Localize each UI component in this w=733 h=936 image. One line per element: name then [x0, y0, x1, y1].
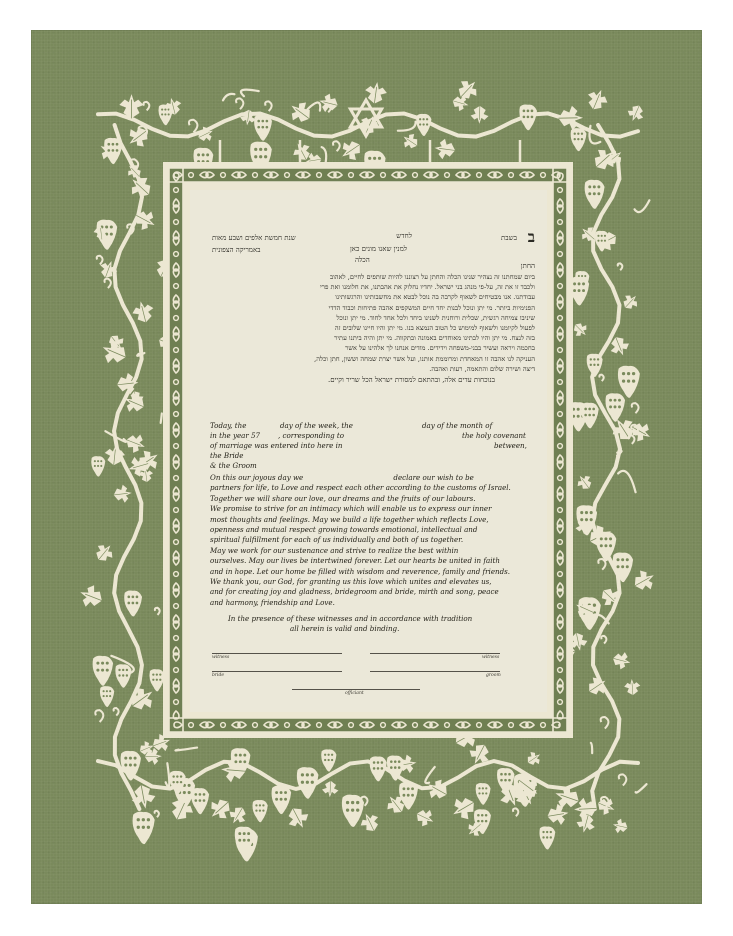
english-date-weekday: day of the week, the — [280, 421, 353, 430]
hebrew-body-line: העניקה לנו אהבה זו המאחדת ומרוממת אותנו,… — [202, 354, 535, 364]
ketubah-parchment: ב בשבת לחדש שנת חמשת אלפים ושבע מאות למנ… — [190, 190, 547, 712]
english-body-line: We promise to strive for an intimacy whi… — [210, 504, 537, 514]
english-body-line: ourselves. May our lives be intertwined … — [210, 556, 537, 566]
english-groom-label: & the Groom — [210, 461, 257, 470]
english-holy-covenant: the holy covenant — [462, 431, 526, 440]
english-body-line: openness and mutual respect growing towa… — [210, 525, 537, 535]
hebrew-body-line: בזה לנצח. מי יתן והיו לבתינו מאוחדים באמ… — [202, 333, 535, 343]
witness-left-signature-line[interactable] — [212, 653, 342, 654]
english-body-line: most thoughts and feelings. May we build… — [210, 515, 537, 525]
hebrew-body-line: ולכבד זו את זה, על-פי מנהג בני ישראל. יח… — [202, 282, 535, 292]
hebrew-closing: בנוכחות עדים אלה, ובהתאם למסורת ישראל הכ… — [328, 376, 495, 384]
english-closing-line1: In the presence of these witnesses and i… — [228, 614, 472, 623]
hebrew-body-text: ביום שמחתנו זה נצהיר שנינו הכלה והחתן על… — [202, 272, 535, 374]
witness-right-signature-line[interactable] — [370, 653, 500, 654]
english-body-line: May we work for our sustenance and striv… — [210, 546, 537, 556]
bride-label: bride — [212, 673, 224, 678]
english-body-line: partners for life, to Love and respect e… — [210, 483, 537, 493]
hebrew-body-line: שיניבו צמיחה רגשית, שכלית ורוחנית לשנינו… — [202, 313, 535, 323]
bride-signature-line[interactable] — [212, 671, 342, 672]
witness-left-label: witness — [212, 655, 229, 660]
hebrew-body-line: לפעול לקיומנו ולשאוף למימוש כל הטוב הנמצ… — [202, 323, 535, 333]
hebrew-bride-label: הכלה — [355, 256, 370, 264]
groom-signature-line[interactable] — [370, 671, 500, 672]
witness-right-label: witness — [482, 655, 499, 660]
english-body-line: On this our joyous day we declare our wi… — [210, 473, 537, 483]
officiant-label: officiant — [345, 691, 364, 696]
english-closing-line2: all herein is valid and binding. — [290, 624, 399, 633]
hebrew-body-line: עבודתנו. אנו מבטיחים לשאוף לקרבה בה נוכל… — [202, 292, 535, 302]
hebrew-letter-bet: ב — [528, 228, 535, 247]
english-body-line: and in hope. Let our home be filled with… — [210, 567, 537, 577]
hebrew-body-line: בחכמה ויראה ועשיר בבני-משפחה וידידים. מו… — [202, 343, 535, 353]
officiant-signature-line[interactable] — [292, 689, 420, 690]
hebrew-place-field: באמריקה הצפונית — [212, 246, 261, 254]
english-body-line: We thank you, our God, for granting us t… — [210, 577, 537, 587]
hebrew-year-field: שנת חמשת אלפים ושבע מאות — [212, 234, 296, 242]
english-between: between, — [494, 441, 527, 450]
english-date-corresponding: , corresponding to — [278, 431, 344, 440]
english-body-line: and for creating joy and gladness, bride… — [210, 587, 537, 597]
english-date-year: in the year 57 — [210, 431, 260, 440]
groom-label: groom — [486, 673, 501, 678]
hebrew-body-line: דיצה ושירה שלום והתאמה, רעות ואהבה. — [202, 364, 535, 374]
hebrew-groom-label: החתן — [521, 262, 535, 270]
english-date-today: Today, the — [210, 421, 246, 430]
english-body-text: On this our joyous day we declare our wi… — [210, 473, 537, 608]
hebrew-day-field: בשבת — [501, 234, 517, 242]
hebrew-body-line: ביום שמחתנו זה נצהיר שנינו הכלה והחתן על… — [202, 272, 535, 282]
hebrew-body-line: הפנימיות ביותר. מי יתן ונוכל לבנות יחד ח… — [202, 303, 535, 313]
hebrew-count-field: למנין שאנו מונים כאן — [350, 245, 407, 253]
hebrew-month-field: לחדש — [396, 232, 412, 240]
english-body-line: Together we will share our love, our dre… — [210, 494, 537, 504]
english-marriage-entered: of marriage was entered into here in — [210, 441, 342, 450]
english-date-month: day of the month of — [422, 421, 492, 430]
english-bride-label: the Bride — [210, 451, 243, 460]
english-body-line: spiritual fulfillment for each of us ind… — [210, 535, 537, 545]
english-body-line: and harmony, friendship and Love. — [210, 598, 537, 608]
